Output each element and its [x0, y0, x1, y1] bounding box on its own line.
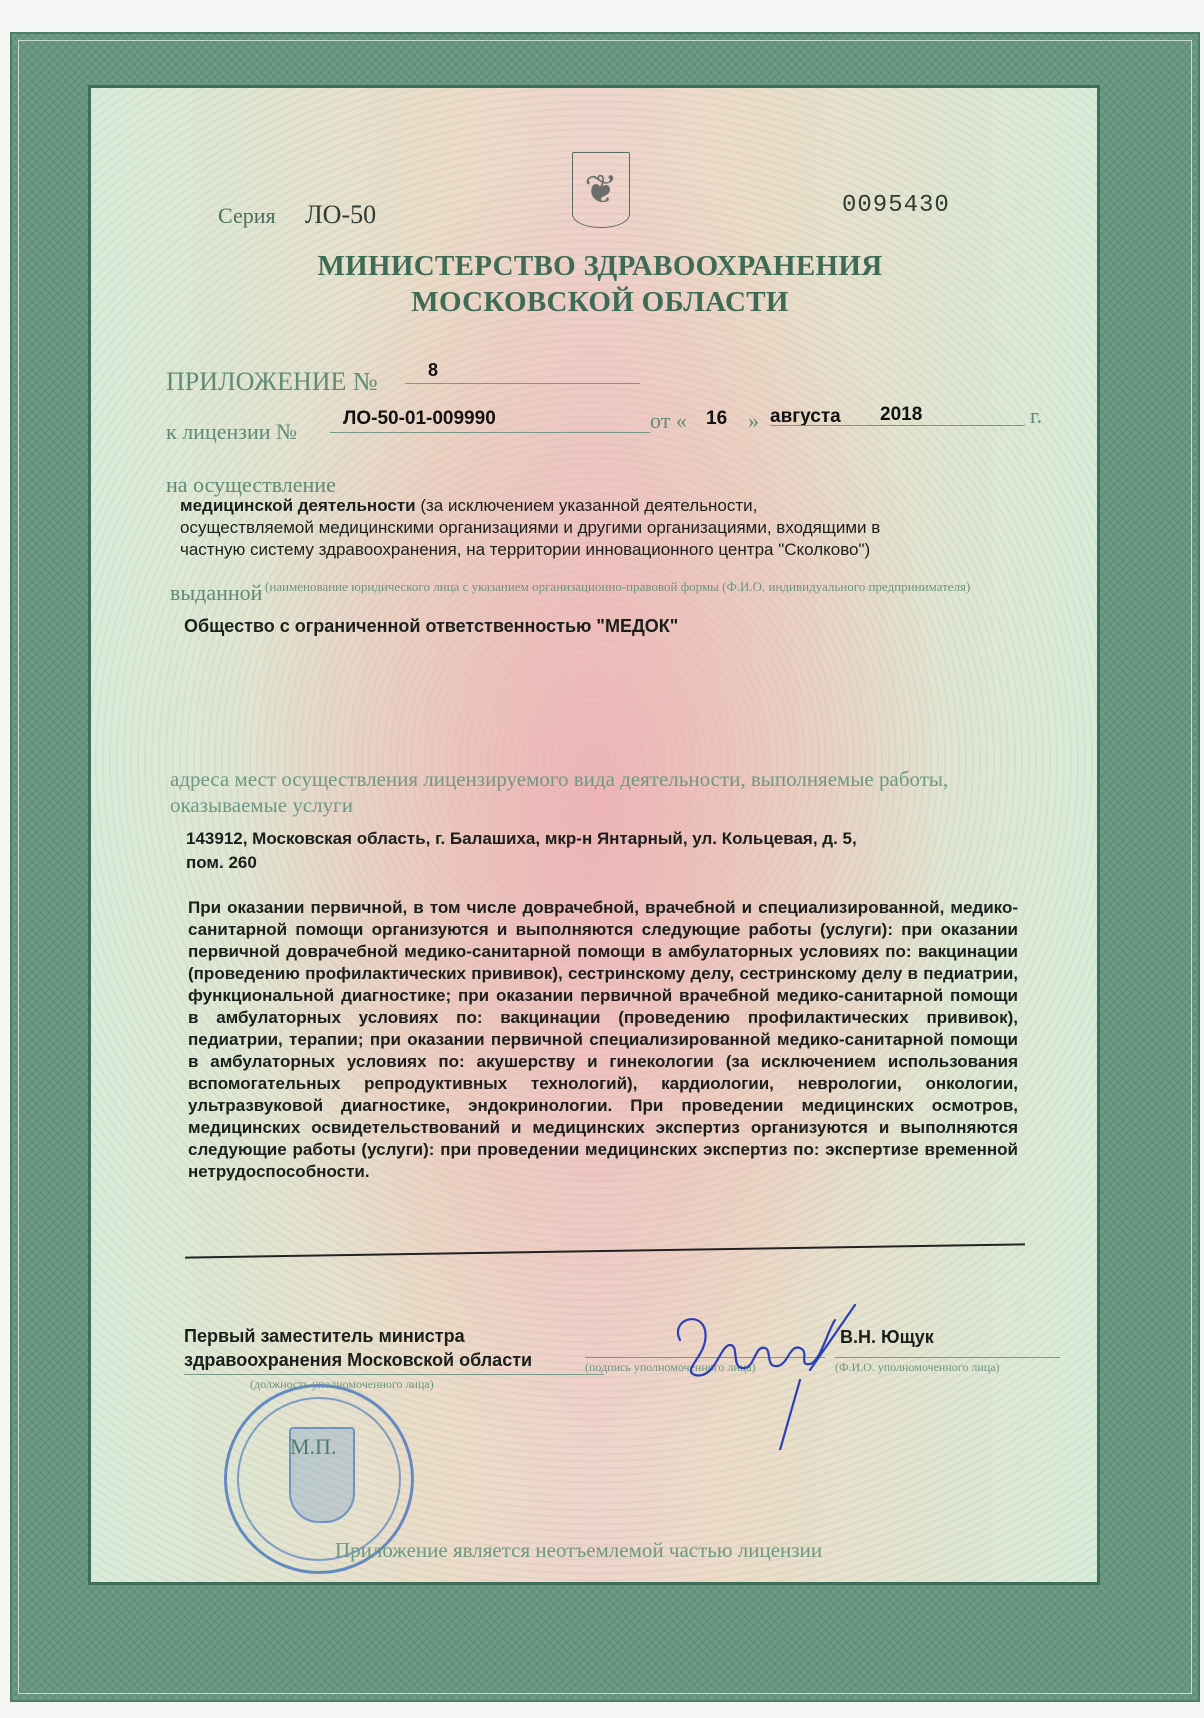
ministry-title: МИНИСТЕРСТВО ЗДРАВООХРАНЕНИЯ МОСКОВСКОЙ …	[200, 248, 1000, 320]
activity-description: медицинской деятельности (за исключением…	[180, 495, 1010, 561]
services-description: При оказании первичной, в том числе довр…	[188, 897, 1018, 1183]
series-label: Серия	[218, 203, 276, 229]
position-note: (должность уполномоченного лица)	[250, 1377, 434, 1392]
appendix-label: ПРИЛОЖЕНИЕ №	[166, 367, 378, 397]
closing-rule	[185, 1243, 1025, 1258]
license-year: 2018	[880, 404, 922, 426]
appendix-number-underline	[405, 383, 640, 384]
organization-name: Общество с ограниченной ответственностью…	[184, 616, 678, 637]
issued-to-label: выданной	[170, 580, 262, 606]
license-number: ЛО-50-01-009990	[343, 408, 496, 430]
address-label: адреса мест осуществления лицензируемого…	[170, 766, 1060, 818]
license-date-underline	[770, 425, 1025, 426]
license-day-close: »	[748, 408, 759, 434]
appendix-number: 8	[428, 360, 438, 381]
appendix-document: ❦ Серия ЛО-50 0095430 МИНИСТЕРСТВО ЗДРАВ…	[0, 0, 1204, 1718]
ministry-title-line1: МИНИСТЕРСТВО ЗДРАВООХРАНЕНИЯ	[200, 248, 1000, 284]
license-year-suffix: г.	[1030, 403, 1042, 429]
license-day: 16	[706, 408, 727, 430]
license-label: к лицензии №	[166, 419, 297, 445]
footer-note: Приложение является неотъемлемой частью …	[335, 1538, 822, 1563]
serial-number: 0095430	[842, 192, 950, 219]
license-date-from: от «	[650, 408, 687, 434]
seal-label: М.П.	[290, 1434, 336, 1460]
license-number-underline	[330, 432, 650, 433]
activity-type: медицинской деятельности	[180, 496, 416, 515]
series-value: ЛО-50	[305, 200, 376, 230]
russian-coat-of-arms-icon: ❦	[572, 152, 630, 228]
handwritten-signature-icon	[660, 1300, 870, 1450]
position-underline	[184, 1374, 604, 1375]
address-value: 143912, Московская область, г. Балашиха,…	[186, 827, 1006, 875]
signer-position: Первый заместитель министра здравоохране…	[184, 1324, 532, 1372]
issued-to-note: (наименование юридического лица с указан…	[265, 572, 1055, 602]
ministry-title-line2: МОСКОВСКОЙ ОБЛАСТИ	[200, 284, 1000, 320]
